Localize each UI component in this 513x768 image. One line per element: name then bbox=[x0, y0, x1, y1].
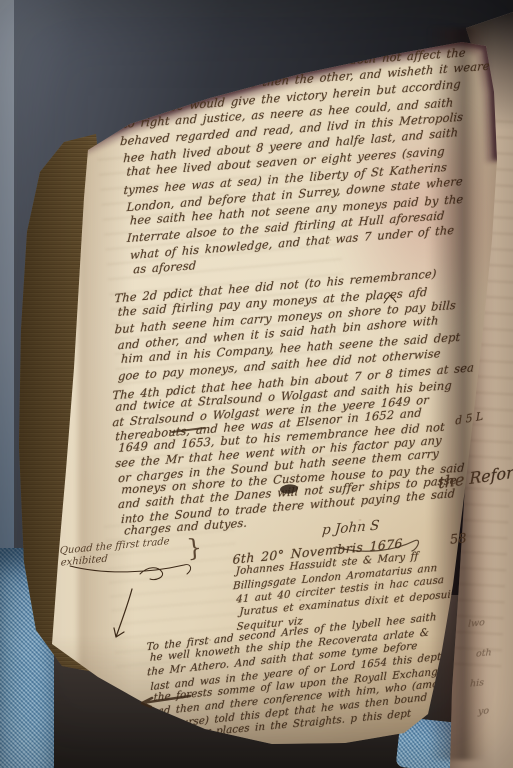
facing-page-text: d 5 L the Refor 58 lwo oth his yo bbox=[0, 0, 513, 768]
facing-fragment: d 5 L bbox=[455, 409, 483, 427]
facing-fragment: the Refor bbox=[438, 463, 513, 493]
facing-faint-fragment: oth bbox=[476, 647, 492, 660]
facing-faint-fragment: yo bbox=[478, 705, 489, 717]
facing-faint-fragment: his bbox=[470, 677, 484, 690]
folio-number: 58 bbox=[449, 531, 467, 547]
facing-faint-fragment: lwo bbox=[468, 617, 485, 630]
manuscript-photo: Ad pdict that hee cometh to testifie her… bbox=[0, 0, 513, 768]
